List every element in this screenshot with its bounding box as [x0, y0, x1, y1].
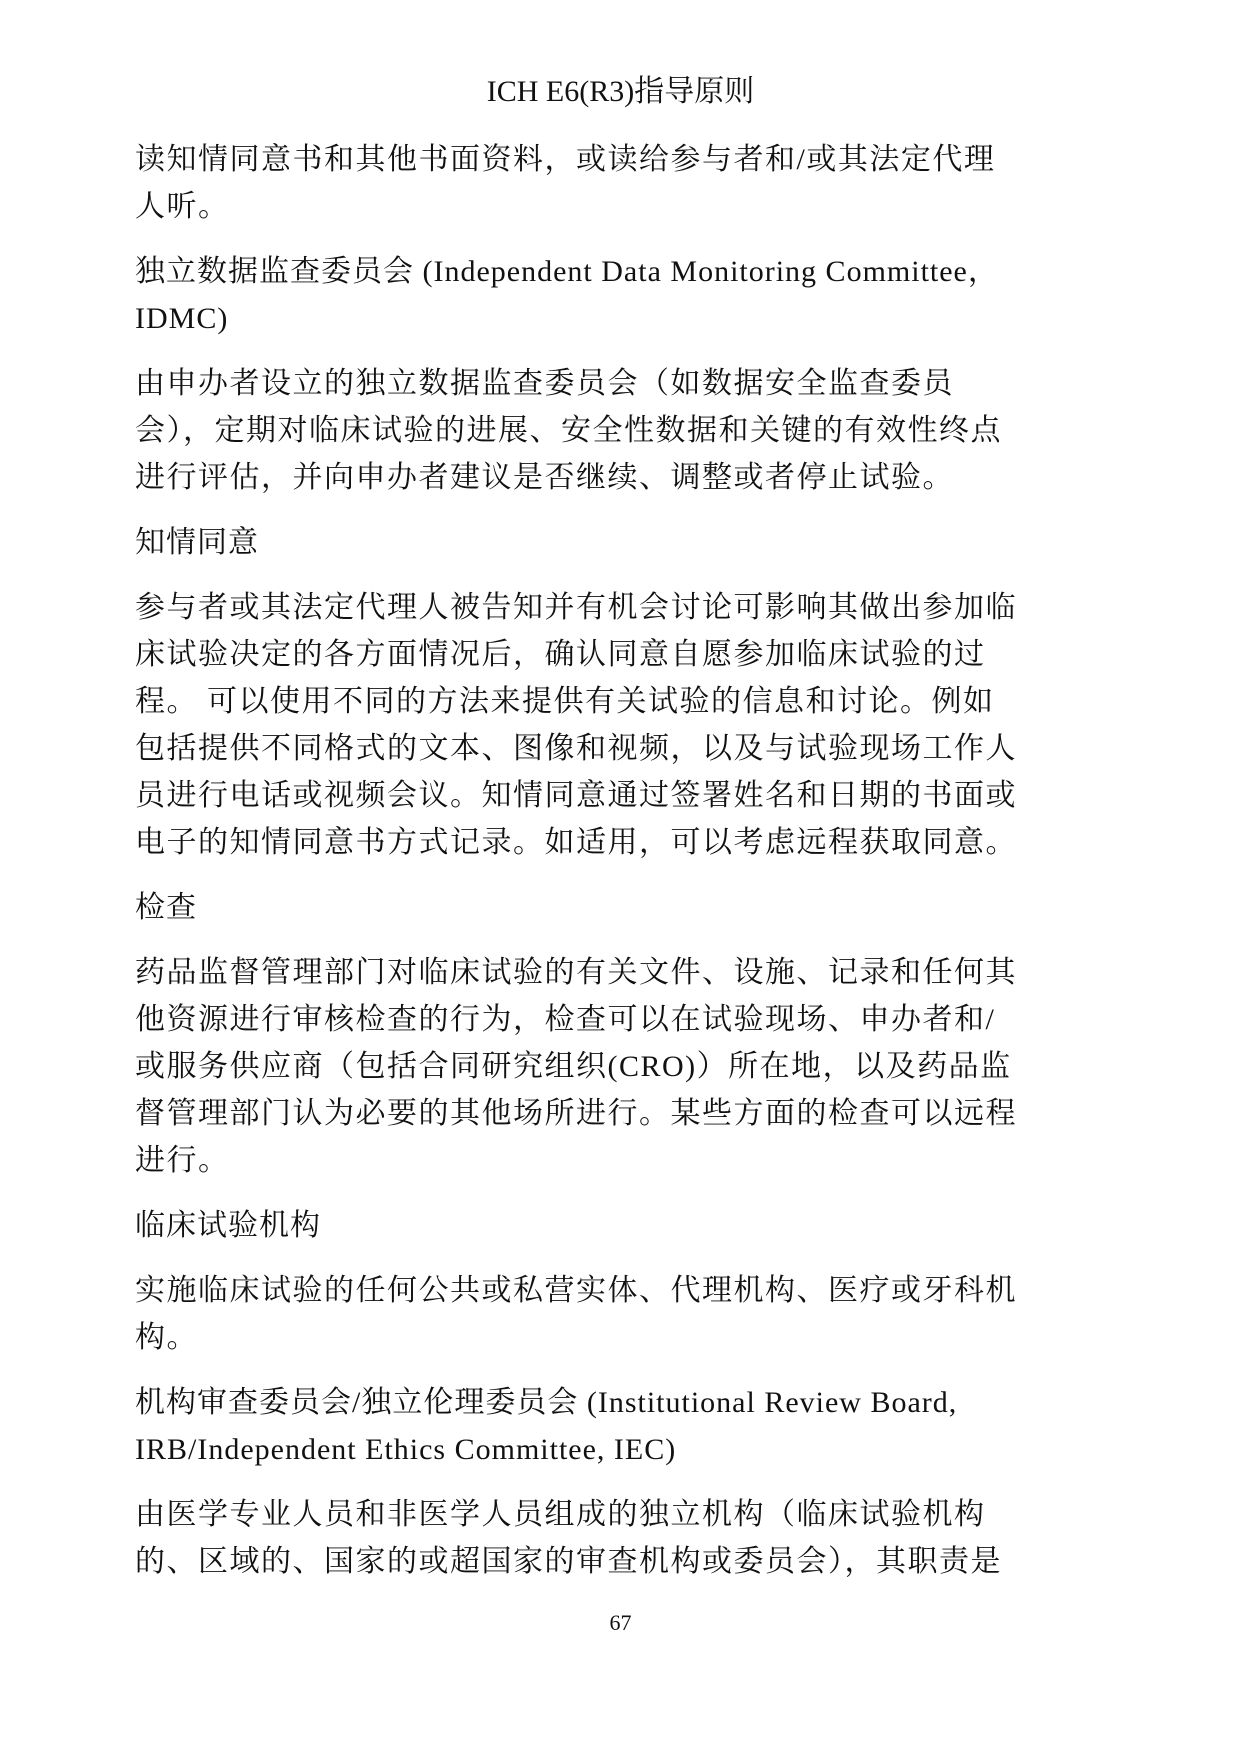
definition-paragraph: 由医学专业人员和非医学人员组成的独立机构（临床试验机构 的、区域的、国家的或超国…	[135, 1491, 1095, 1585]
text-line: 知情同意	[135, 519, 1095, 566]
text-line: 他资源进行审核检查的行为，检查可以在试验现场、申办者和/	[135, 996, 1095, 1043]
text-line: IDMC)	[135, 295, 1095, 342]
text-line: 由申办者设立的独立数据监查委员会（如数据安全监查委员	[135, 360, 1095, 407]
text-line: 药品监督管理部门对临床试验的有关文件、设施、记录和任何其	[135, 949, 1095, 996]
text-line: 进行评估，并向申办者建议是否继续、调整或者停止试验。	[135, 454, 1095, 501]
page-footer: 67	[0, 1608, 1241, 1638]
text-line: 参与者或其法定代理人被告知并有机会讨论可影响其做出参加临	[135, 584, 1095, 631]
term-heading-informed-consent: 知情同意	[135, 519, 1095, 566]
text-line: 临床试验机构	[135, 1202, 1095, 1249]
text-line: 检查	[135, 884, 1095, 931]
text-line: 电子的知情同意书方式记录。如适用，可以考虑远程获取同意。	[135, 819, 1095, 866]
text-line: 或服务供应商（包括合同研究组织(CRO)）所在地，以及药品监	[135, 1043, 1095, 1090]
text-line: 读知情同意书和其他书面资料，或读给参与者和/或其法定代理	[135, 136, 1095, 183]
page-header: ICH E6(R3)指导原则	[0, 72, 1241, 112]
text-line: 程。 可以使用不同的方法来提供有关试验的信息和讨论。例如	[135, 678, 1095, 725]
text-line: 员进行电话或视频会议。知情同意通过签署姓名和日期的书面或	[135, 772, 1095, 819]
text-line: 独立数据监查委员会 (Independent Data Monitoring C…	[135, 248, 1095, 295]
document-body: 读知情同意书和其他书面资料，或读给参与者和/或其法定代理 人听。 独立数据监查委…	[135, 136, 1095, 1603]
page-number: 67	[610, 1610, 632, 1635]
text-line: 包括提供不同格式的文本、图像和视频，以及与试验现场工作人	[135, 725, 1095, 772]
text-line: 床试验决定的各方面情况后，确认同意自愿参加临床试验的过	[135, 631, 1095, 678]
text-line: 进行。	[135, 1137, 1095, 1184]
text-line: 的、区域的、国家的或超国家的审查机构或委员会），其职责是	[135, 1538, 1095, 1585]
term-heading-irb-iec: 机构审查委员会/独立伦理委员会 (Institutional Review Bo…	[135, 1379, 1095, 1473]
definition-paragraph: 药品监督管理部门对临床试验的有关文件、设施、记录和任何其 他资源进行审核检查的行…	[135, 949, 1095, 1184]
definition-paragraph: 读知情同意书和其他书面资料，或读给参与者和/或其法定代理 人听。	[135, 136, 1095, 230]
text-line: 会），定期对临床试验的进展、安全性数据和关键的有效性终点	[135, 407, 1095, 454]
text-line: 构。	[135, 1314, 1095, 1361]
term-heading-idmc: 独立数据监查委员会 (Independent Data Monitoring C…	[135, 248, 1095, 342]
text-line: 由医学专业人员和非医学人员组成的独立机构（临床试验机构	[135, 1491, 1095, 1538]
definition-paragraph: 参与者或其法定代理人被告知并有机会讨论可影响其做出参加临 床试验决定的各方面情况…	[135, 584, 1095, 866]
definition-paragraph: 由申办者设立的独立数据监查委员会（如数据安全监查委员 会），定期对临床试验的进展…	[135, 360, 1095, 501]
text-line: 人听。	[135, 183, 1095, 230]
term-heading-inspection: 检查	[135, 884, 1095, 931]
text-line: 督管理部门认为必要的其他场所进行。某些方面的检查可以远程	[135, 1090, 1095, 1137]
definition-paragraph: 实施临床试验的任何公共或私营实体、代理机构、医疗或牙科机 构。	[135, 1267, 1095, 1361]
text-line: IRB/Independent Ethics Committee, IEC)	[135, 1426, 1095, 1473]
term-heading-institution: 临床试验机构	[135, 1202, 1095, 1249]
text-line: 实施临床试验的任何公共或私营实体、代理机构、医疗或牙科机	[135, 1267, 1095, 1314]
document-title: ICH E6(R3)指导原则	[487, 75, 754, 108]
text-line: 机构审查委员会/独立伦理委员会 (Institutional Review Bo…	[135, 1379, 1095, 1426]
